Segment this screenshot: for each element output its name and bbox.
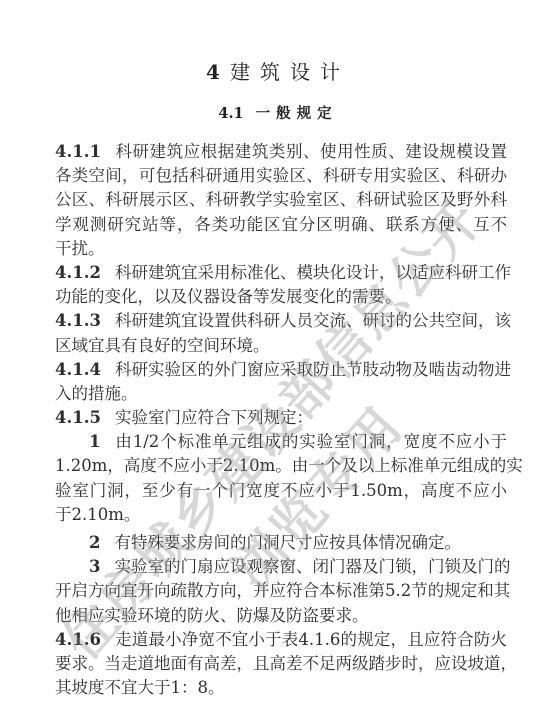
clause-text: 走道最小净宽不宜小于表4.1.6的规定，且应符合防火 xyxy=(115,630,507,649)
item-number: 2 xyxy=(89,533,100,552)
item-text: 1.20m，高度不应小于2.10m。由一个及以上标准单元组成的实 xyxy=(55,454,507,478)
item-text: 实验室的门扇应设观察窗、闭门器及门锁，门锁及门的 xyxy=(114,557,510,576)
clause-4-1-4: 4.1.4科研实验区的外门窗应采取防止节肢动物及啮齿动物进 入的措施。 xyxy=(55,358,507,406)
clause-item-1: 1由1/2个标准单元组成的实验室门洞，宽度不应小于 1.20m，高度不应小于2.… xyxy=(55,430,507,527)
item-number: 1 xyxy=(89,432,100,451)
item-text: 由1/2个标准单元组成的实验室门洞，宽度不应小于 xyxy=(114,432,507,451)
clause-4-1-5: 4.1.5实验室门应符合下列规定： 1由1/2个标准单元组成的实验室门洞，宽度不… xyxy=(55,406,507,628)
clause-text: 区域宜具有良好的空间环境。 xyxy=(55,334,507,358)
clause-text: 科研建筑应根据建筑类别、使用性质、建设规模设置 xyxy=(115,142,507,161)
clause-item-2: 2有特殊要求房间的门洞尺寸应按具体情况确定。 xyxy=(55,531,507,555)
clause-number: 4.1.2 xyxy=(55,263,101,282)
item-text: 他相应实验环境的防火、防爆及防盗要求。 xyxy=(55,604,507,628)
chapter-number: 4 xyxy=(206,60,220,84)
chapter-title: 4建筑设计 xyxy=(0,56,556,85)
clause-text: 科研建筑宜采用标准化、模块化设计，以适应科研工作 xyxy=(115,263,511,282)
item-text: 验室门洞，至少有一个门宽度不应小于1.50m，高度不应小 xyxy=(55,479,507,503)
clause-number: 4.1.5 xyxy=(55,408,101,427)
item-text: 开启方向宜开向疏散方向，并应符合本标准第5.2节的规定和其 xyxy=(55,579,507,603)
clause-item-3: 3实验室的门扇应设观察窗、闭门器及门锁，门锁及门的 开启方向宜开向疏散方向，并应… xyxy=(55,555,507,628)
clause-text: 干扰。 xyxy=(55,237,507,261)
item-text: 于2.10m。 xyxy=(55,503,507,527)
section-number: 4.1 xyxy=(218,105,243,122)
section-title: 4.1一般规定 xyxy=(0,102,556,123)
item-number: 3 xyxy=(89,557,100,576)
chapter-title-text: 建筑设计 xyxy=(230,60,350,84)
clause-number: 4.1.4 xyxy=(55,360,101,379)
clause-text: 入的措施。 xyxy=(55,382,507,406)
clause-4-1-2: 4.1.2科研建筑宜采用标准化、模块化设计，以适应科研工作 功能的变化，以及仪器… xyxy=(55,261,507,309)
section-title-text: 一般规定 xyxy=(256,105,338,122)
clause-4-1-1: 4.1.1科研建筑应根据建筑类别、使用性质、建设规模设置 各类空间，可包括科研通… xyxy=(55,140,507,261)
clause-text: 公区、科研展示区、科研教学实验室区、科研试验区及野外科 xyxy=(55,188,507,212)
clause-text: 学观测研究站等，各类功能区宜分区明确、联系方便、互不 xyxy=(55,213,507,237)
clause-text: 其坡度不宜大于1：8。 xyxy=(55,676,507,700)
item-text: 有特殊要求房间的门洞尺寸应按具体情况确定。 xyxy=(114,533,461,552)
document-page: 4建筑设计 4.1一般规定 4.1.1科研建筑应根据建筑类别、使用性质、建设规模… xyxy=(0,0,556,708)
clause-number: 4.1.6 xyxy=(55,630,101,649)
clause-4-1-6: 4.1.6走道最小净宽不宜小于表4.1.6的规定，且应符合防火 要求。当走道地面… xyxy=(55,628,507,701)
clause-text: 科研实验区的外门窗应采取防止节肢动物及啮齿动物进 xyxy=(115,360,511,379)
clause-4-1-3: 4.1.3科研建筑宜设置供科研人员交流、研讨的公共空间，该 区域宜具有良好的空间… xyxy=(55,309,507,357)
clause-text: 实验室门应符合下列规定： xyxy=(115,408,313,427)
document-body: 4.1.1科研建筑应根据建筑类别、使用性质、建设规模设置 各类空间，可包括科研通… xyxy=(55,140,507,700)
clause-text: 要求。当走道地面有高差，且高差不足两级踏步时，应设坡道， xyxy=(55,652,507,676)
clause-number: 4.1.1 xyxy=(55,142,101,161)
clause-text: 科研建筑宜设置供科研人员交流、研讨的公共空间，该 xyxy=(115,311,511,330)
clause-number: 4.1.3 xyxy=(55,311,101,330)
clause-text: 各类空间，可包括科研通用实验区、科研专用实验区、科研办 xyxy=(55,164,507,188)
clause-text: 功能的变化，以及仪器设备等发展变化的需要。 xyxy=(55,285,507,309)
